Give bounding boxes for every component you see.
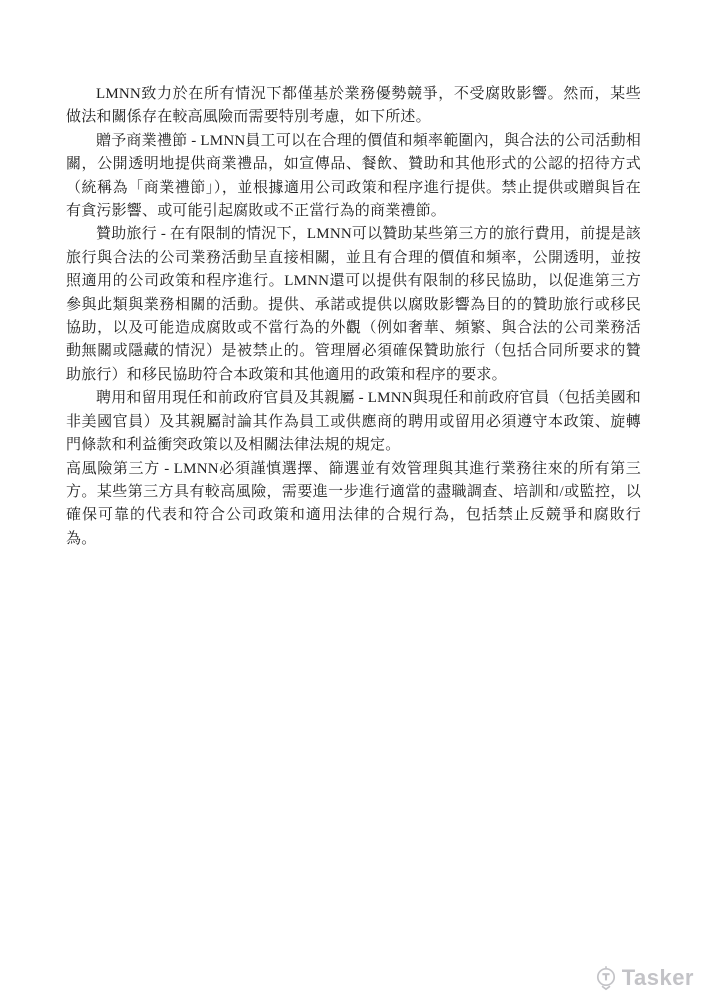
paragraph-intro: LMNN致力於在所有情況下都僅基於業務優勢競爭，不受腐敗影響。然而，某些做法和關…: [66, 83, 641, 130]
document-body: LMNN致力於在所有情況下都僅基於業務優勢競爭，不受腐敗影響。然而，某些做法和關…: [66, 83, 641, 551]
watermark-label: Tasker: [622, 967, 694, 989]
tasker-logo-icon: [593, 965, 619, 991]
document-page: LMNN致力於在所有情況下都僅基於業務優勢競爭，不受腐敗影響。然而，某些做法和關…: [0, 0, 707, 1000]
paragraph-high-risk-third-parties: 高風險第三方 - LMNN必須謹慎選擇、篩選並有效管理與其進行業務往來的所有第三…: [66, 458, 641, 552]
tasker-watermark: Tasker: [593, 965, 694, 991]
paragraph-sponsored-travel: 贊助旅行 - 在有限制的情況下，LMNN可以贊助某些第三方的旅行費用，前提是該旅…: [66, 223, 641, 387]
paragraph-business-courtesies: 贈予商業禮節 - LMNN員工可以在合理的價值和頻率範圍內，與合法的公司活動相關…: [66, 130, 641, 224]
paragraph-government-officials: 聘用和留用現任和前政府官員及其親屬 - LMNN與現任和前政府官員（包括美國和非…: [66, 387, 641, 457]
